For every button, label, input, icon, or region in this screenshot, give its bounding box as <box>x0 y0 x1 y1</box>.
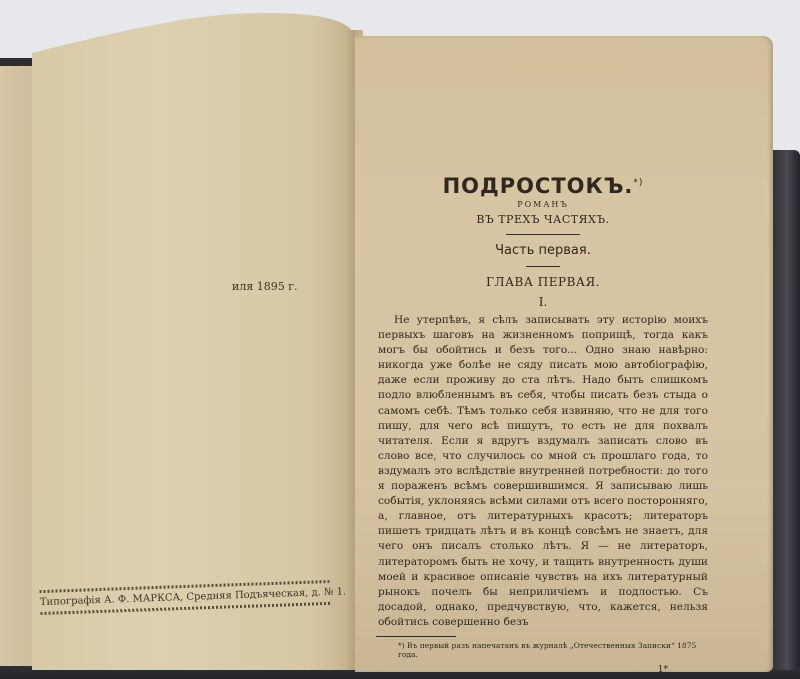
title-text: ПОДРОСТОКЪ. <box>443 174 634 198</box>
signature-mark: 1* <box>378 665 668 675</box>
body-paragraph: Не утерпѣвъ, я сѣлъ записывать эту истор… <box>378 313 708 630</box>
divider <box>526 266 560 267</box>
footnote-mark: *) <box>633 178 643 188</box>
footnote-divider <box>376 636 456 637</box>
section-number: I. <box>378 295 708 309</box>
book-photo: иля 1895 г. Типографія А. Ф. МАРКСА, Сре… <box>0 0 800 679</box>
right-page-content: ПОДРОСТОКЪ.*) РОМАНЪ ВЪ ТРЕХЪ ЧАСТЯХЪ. Ч… <box>378 170 708 675</box>
genre-label: РОМАНЪ <box>378 200 708 209</box>
part-heading: Часть первая. <box>378 243 708 258</box>
book-title: ПОДРОСТОКЪ.*) <box>378 174 708 198</box>
divider <box>506 234 580 235</box>
left-page <box>32 8 357 670</box>
imprint-date: иля 1895 г. <box>232 280 298 293</box>
footnote: *) Въ первый разъ напечатанъ въ журналѣ … <box>398 641 708 659</box>
chapter-heading: ГЛАВА ПЕРВАЯ. <box>378 275 708 289</box>
parts-line: ВЪ ТРЕХЪ ЧАСТЯХЪ. <box>378 213 708 226</box>
